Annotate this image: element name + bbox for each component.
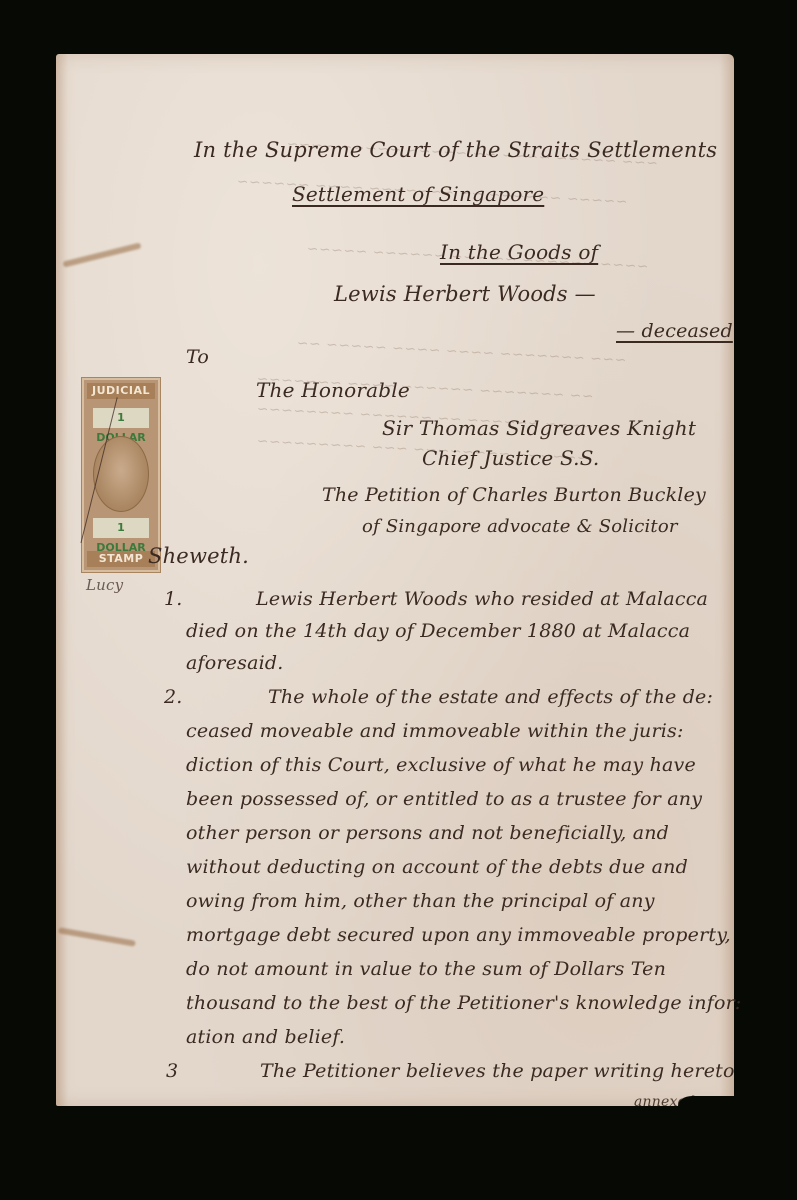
paragraph-number: 3 bbox=[166, 1060, 178, 1082]
address-to: To bbox=[186, 346, 209, 368]
paragraph-line: do not amount in value to the sum of Dol… bbox=[186, 958, 666, 980]
paragraph-line: thousand to the best of the Petitioner's… bbox=[186, 992, 742, 1014]
paragraph-line: aforesaid. bbox=[186, 652, 283, 674]
court-heading: In the Supreme Court of the Straits Sett… bbox=[194, 138, 717, 162]
paragraph-line: Lewis Herbert Woods who resided at Malac… bbox=[256, 588, 708, 610]
paragraph-line: been possessed of, or entitled to as a t… bbox=[186, 788, 702, 810]
bleed-through-text: ~~~ ~~~~~~~ ~~~~ ~~~~ ~~~~~ ~~ bbox=[296, 335, 627, 368]
paragraph-line: The Petitioner believes the paper writin… bbox=[260, 1060, 735, 1082]
fold-stain bbox=[62, 242, 141, 267]
judicial-stamp: JUDICIAL 1 DOLLAR 1 DOLLAR STAMP bbox=[82, 378, 160, 572]
paragraph-line: ceased moveable and immoveable within th… bbox=[186, 720, 684, 742]
deceased-label: — deceased bbox=[616, 320, 733, 342]
judge-name: Sir Thomas Sidgreaves Knight bbox=[382, 416, 696, 440]
paragraph-line: diction of this Court, exclusive of what… bbox=[186, 754, 696, 776]
petitioner-description: of Singapore advocate & Solicitor bbox=[362, 516, 678, 537]
paragraph-line: died on the 14th day of December 1880 at… bbox=[186, 620, 690, 642]
document-page: ~~~ ~~~~~ ~~~~ ~~ ~~~~~ ~~~~~ ~~~~ ~~~~~… bbox=[56, 54, 734, 1106]
stamp-top-label: JUDICIAL bbox=[87, 383, 155, 399]
deceased-name: Lewis Herbert Woods — bbox=[334, 282, 596, 306]
address-honorable: The Honorable bbox=[256, 378, 410, 402]
paragraph-line: owing from him, other than the principal… bbox=[186, 890, 655, 912]
petition-of: The Petition of Charles Burton Buckley bbox=[322, 484, 706, 506]
settlement-heading: Settlement of Singapore bbox=[292, 182, 544, 206]
margin-note: Lucy bbox=[86, 576, 123, 594]
paragraph-line: The whole of the estate and effects of t… bbox=[268, 686, 713, 708]
paragraph-line: other person or persons and not benefici… bbox=[186, 822, 669, 844]
catchword: annexed bbox=[634, 1094, 695, 1110]
paragraph-line: mortgage debt secured upon any immoveabl… bbox=[186, 924, 731, 946]
fold-stain bbox=[58, 927, 136, 946]
judge-title: Chief Justice S.S. bbox=[422, 446, 599, 470]
paragraph-line: without deducting on account of the debt… bbox=[186, 856, 688, 878]
paragraph-number: 2. bbox=[164, 686, 183, 708]
paragraph-number: 1. bbox=[164, 588, 183, 610]
stamp-bottom-label: STAMP bbox=[87, 551, 155, 567]
paragraph-line: ation and belief. bbox=[186, 1026, 345, 1048]
goods-heading: In the Goods of bbox=[440, 240, 598, 264]
sheweth-heading: Sheweth. bbox=[148, 544, 249, 568]
